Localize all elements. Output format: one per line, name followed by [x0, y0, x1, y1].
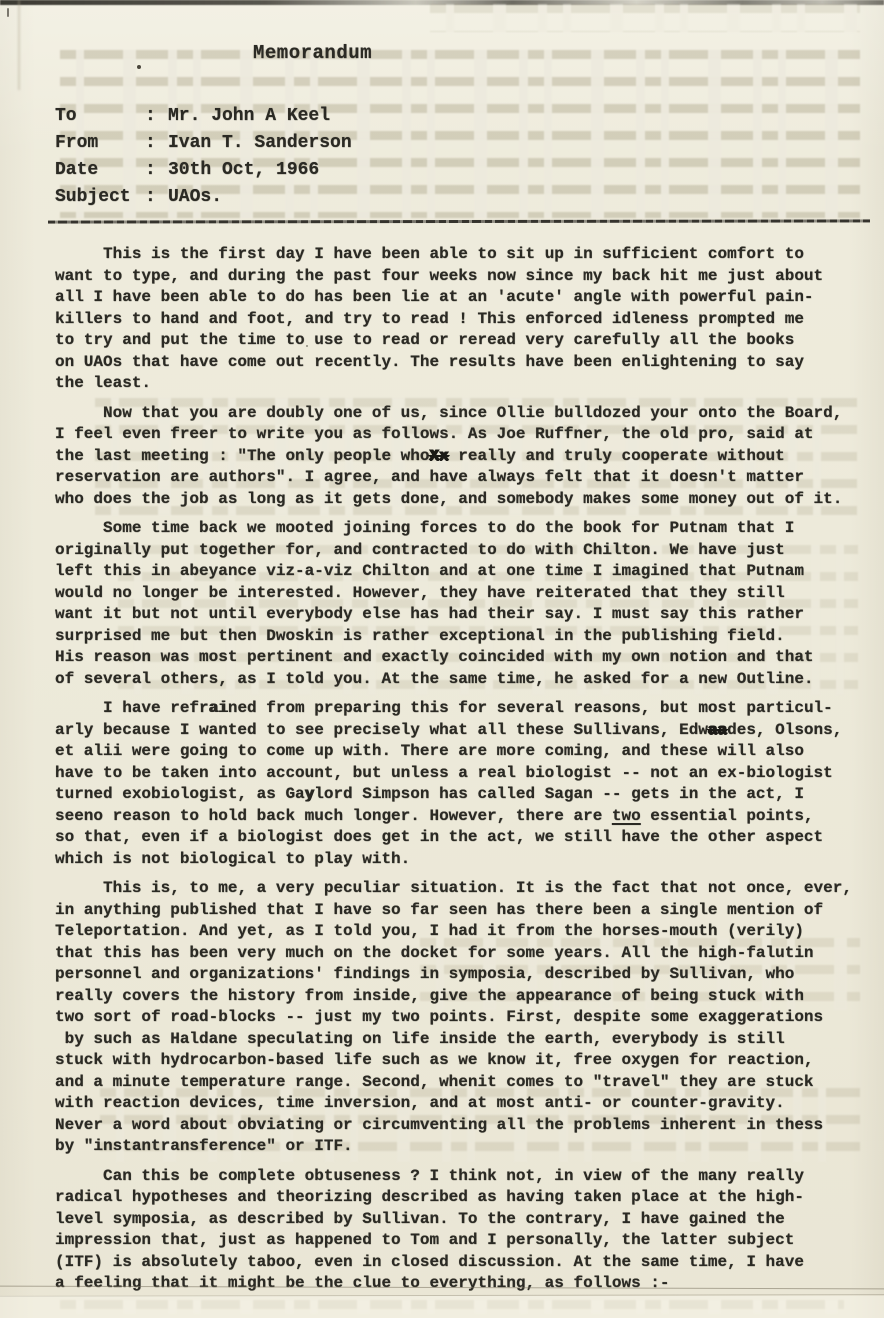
memo-paragraph-4: I have refrained from preparing this for…	[55, 698, 877, 870]
field-label: Subject	[55, 184, 145, 211]
memo-header-fields: To:Mr. John A Keel From:Ivan T. Sanderso…	[55, 103, 352, 211]
field-value: Ivan T. Sanderson	[168, 133, 352, 153]
scan-speck	[7, 8, 9, 17]
memo-body: This is the first day I have been able t…	[55, 244, 877, 1303]
field-label: Date	[55, 157, 145, 184]
memo-paragraph-3: Some time back we mooted joining forces …	[55, 518, 877, 690]
field-value: Mr. John A Keel	[168, 106, 330, 126]
field-separator: :	[145, 157, 168, 184]
underlined-word: two	[612, 807, 641, 825]
typed-divider-rule	[48, 219, 870, 223]
field-separator: :	[145, 184, 168, 211]
paragraph-text: Can this be complete obtuseness ? I thin…	[55, 1167, 804, 1293]
paragraph-text: Some time back we mooted joining forces …	[55, 519, 814, 688]
field-separator: :	[145, 103, 168, 130]
field-value: 30th Oct, 1966	[168, 160, 319, 180]
memo-paragraph-1: This is the first day I have been able t…	[55, 244, 877, 395]
paper-crease	[18, 0, 20, 90]
typewriter-strikeover: Xx	[429, 447, 448, 465]
memo-title: Memorandum	[253, 42, 372, 64]
field-separator: :	[145, 130, 168, 157]
memo-field-date: Date:30th Oct, 1966	[55, 157, 352, 184]
memo-field-from: From:Ivan T. Sanderson	[55, 130, 352, 157]
memo-paragraph-5: This is, to me, a very peculiar situatio…	[55, 878, 877, 1158]
memo-paragraph-2: Now that you are doubly one of us, since…	[55, 403, 877, 511]
typewriter-strikeover: aa	[708, 721, 727, 739]
paragraph-text: This is the first day I have been able t…	[55, 245, 823, 392]
paragraph-text: I have refr	[55, 699, 209, 717]
overtyped-correction: y	[305, 785, 315, 803]
field-label: From	[55, 130, 145, 157]
bleedthrough-ghost-text	[430, 4, 860, 32]
memo-paragraph-6: Can this be complete obtuseness ? I thin…	[55, 1166, 877, 1295]
field-label: To	[55, 103, 145, 130]
memo-field-to: To:Mr. John A Keel	[55, 103, 352, 130]
overtyped-correction: ai	[209, 699, 228, 717]
scan-speck	[137, 65, 141, 69]
field-value: UAOs.	[168, 187, 222, 207]
scanned-memo-page: Memorandum To:Mr. John A Keel From:Ivan …	[0, 0, 884, 1318]
paragraph-text: This is, to me, a very peculiar situatio…	[55, 879, 852, 1155]
paper-bottom-strip	[0, 1296, 884, 1318]
memo-field-subject: Subject:UAOs.	[55, 184, 352, 211]
